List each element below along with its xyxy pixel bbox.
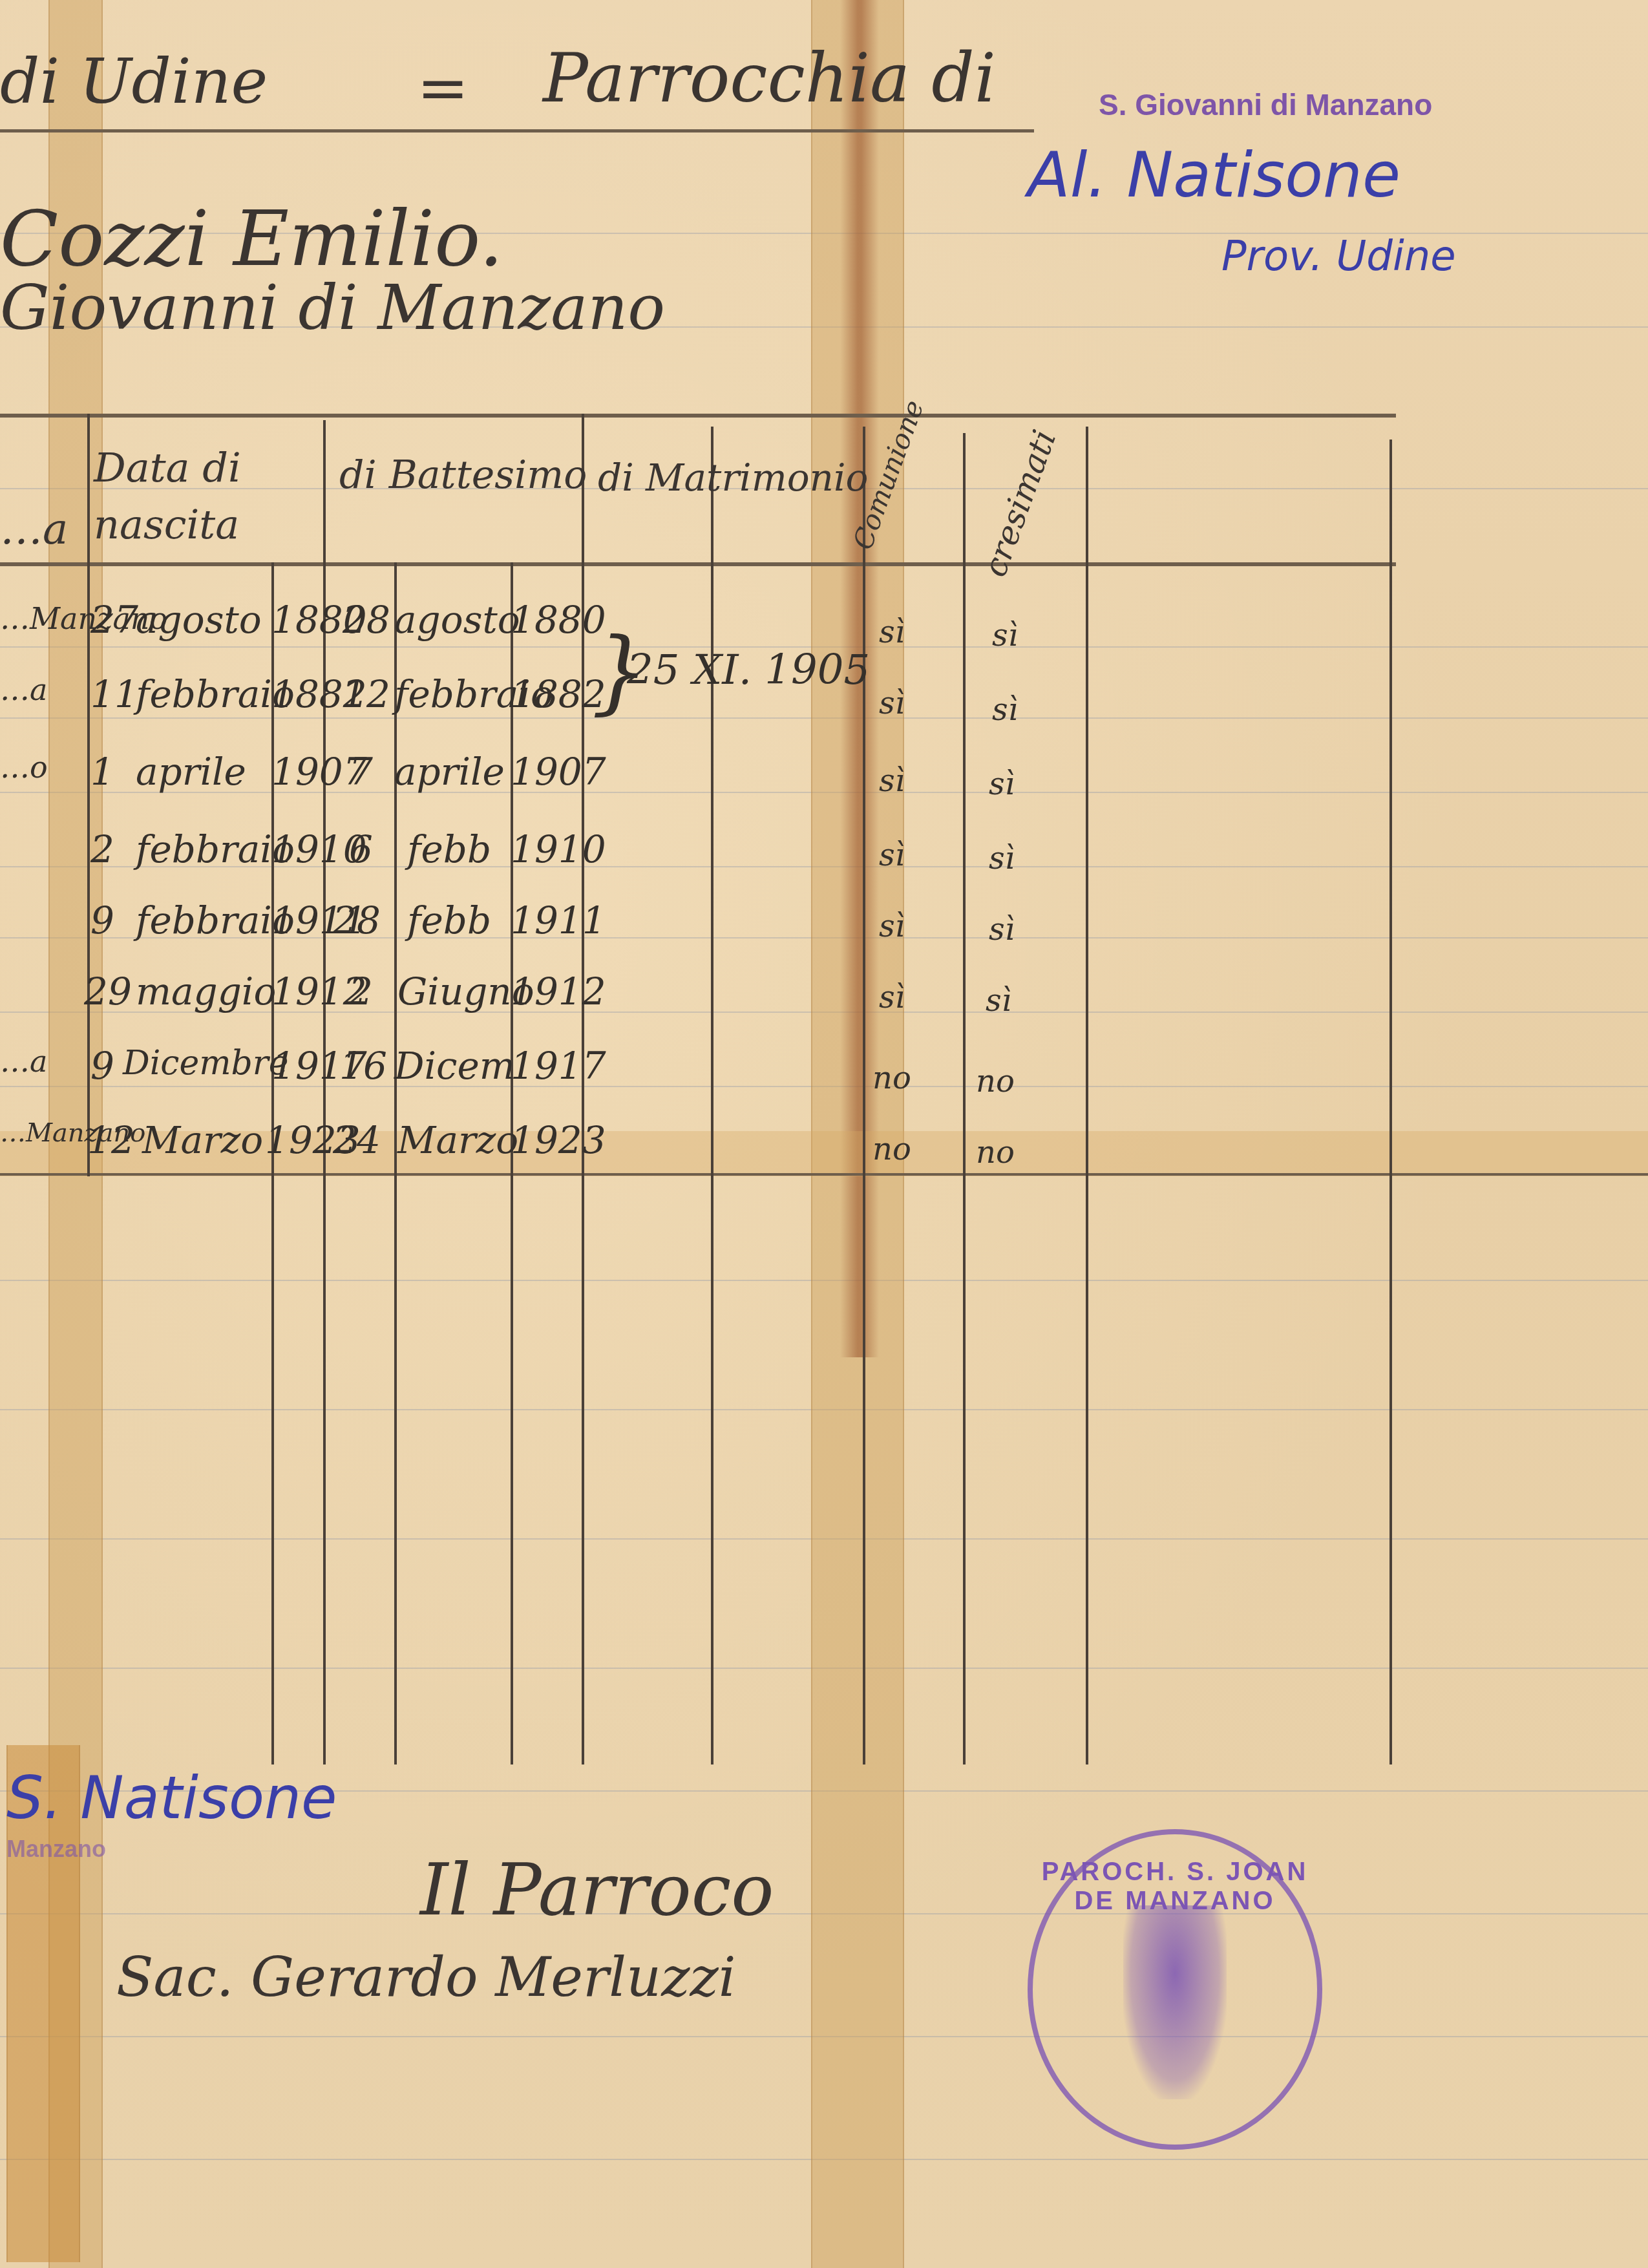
header-underline (0, 129, 1034, 132)
bapt-year: 1923 (511, 1118, 606, 1162)
birth-month: aprile (136, 750, 246, 794)
birth-month: maggio (136, 970, 276, 1013)
col-divider (711, 427, 713, 1765)
col-divider (271, 562, 274, 1765)
blue-annotation-natisone: Al. Natisone (1028, 139, 1400, 211)
bapt-year: 1917 (511, 1044, 606, 1088)
saint-figure-icon (1123, 1905, 1227, 2099)
col-divider (394, 562, 397, 1765)
bapt-day: 2 (349, 970, 373, 1013)
birth-day: 27 (90, 598, 138, 642)
confirmed: sì (989, 840, 1015, 876)
row-label: …a (0, 1044, 47, 1079)
header-baptism-date: di Battesimo (339, 452, 587, 498)
parish-seal: PAROCH. S. JOAN DE MANZANO (1028, 1829, 1322, 2150)
bapt-year: 1910 (511, 827, 606, 871)
communion: sì (879, 979, 905, 1015)
bapt-day: 12 (343, 672, 390, 716)
bapt-year: 1907 (511, 750, 606, 794)
bapt-day: 6 (349, 827, 373, 871)
birth-day: 1 (90, 750, 114, 794)
bapt-day: 28 (333, 898, 381, 942)
col-divider (1389, 440, 1392, 1765)
bapt-year: 1882 (511, 672, 606, 716)
bapt-month: Dicem (394, 1044, 515, 1088)
birth-month: agosto (136, 598, 262, 642)
footer-stamp-fragment: Manzano (6, 1836, 106, 1863)
birth-month: Marzo (142, 1118, 263, 1162)
family-head-name: Cozzi Emilio. (0, 194, 503, 283)
parish-stamp: S. Giovanni di Manzano (1099, 87, 1432, 122)
col-divider (963, 433, 966, 1765)
confirmed: no (976, 1134, 1015, 1171)
col-divider (511, 562, 513, 1765)
row-label: …o (0, 750, 48, 785)
row-label: …a (0, 672, 47, 707)
header-birth-date: Data di nascita (94, 440, 262, 553)
header-separator: = (417, 52, 469, 124)
birth-month: febbraio (136, 672, 295, 716)
birth-day: 11 (90, 672, 138, 716)
birth-day: 9 (90, 898, 114, 942)
blue-annotation-province: Prov. Udine (1221, 233, 1456, 281)
confirmed: sì (989, 911, 1015, 948)
confirmed: sì (992, 692, 1018, 728)
bapt-month: aprile (394, 750, 505, 794)
communion: sì (879, 685, 905, 721)
col-divider (87, 414, 90, 1176)
bapt-month: febb (407, 898, 491, 942)
bapt-day: 24 (333, 1118, 381, 1162)
birth-day: 9 (90, 1044, 114, 1088)
communion: sì (879, 908, 905, 944)
signature-name: Sac. Gerardo Merluzzi (116, 1945, 736, 2009)
header-marriage-date: di Matrimonio (598, 456, 868, 500)
bapt-month: Marzo (397, 1118, 518, 1162)
parish-label: Parrocchia di (543, 39, 996, 118)
signature-title: Il Parroco (420, 1849, 774, 1931)
bapt-month: agosto (394, 598, 520, 642)
birth-month: febbraio (136, 827, 295, 871)
confirmed: sì (986, 982, 1011, 1019)
bapt-year: 1911 (511, 898, 606, 942)
bapt-day: 28 (343, 598, 390, 642)
confirmed: sì (989, 766, 1015, 802)
header-row-label: …a (0, 504, 68, 554)
communion: sì (879, 763, 905, 799)
col-divider (863, 427, 865, 1765)
bapt-year: 1912 (511, 970, 606, 1013)
confirmed: no (976, 1063, 1015, 1099)
table-header-bottom-border (0, 562, 1396, 566)
birth-month: febbraio (136, 898, 295, 942)
birth-day: 29 (84, 970, 132, 1013)
family-head-place: Giovanni di Manzano (0, 271, 665, 344)
footer-blue-annotation: S. Natisone (6, 1765, 337, 1832)
bapt-day: 7 (349, 750, 373, 794)
birth-day: 2 (90, 827, 114, 871)
table-top-border (0, 414, 1396, 418)
communion: sì (879, 837, 905, 873)
birth-day: 12 (87, 1118, 135, 1162)
confirmed: sì (992, 617, 1018, 653)
marriage-date: 25 XI. 1905 (627, 646, 870, 694)
diocese-fragment: di Udine (0, 45, 268, 118)
table-fold-line (0, 1173, 1648, 1176)
col-divider (1086, 427, 1088, 1765)
communion: sì (879, 614, 905, 650)
birth-month: Dicembre (123, 1044, 288, 1083)
bapt-month: febb (407, 827, 491, 871)
communion: no (872, 1060, 911, 1096)
communion: no (872, 1131, 911, 1167)
bapt-day: 16 (339, 1044, 387, 1088)
